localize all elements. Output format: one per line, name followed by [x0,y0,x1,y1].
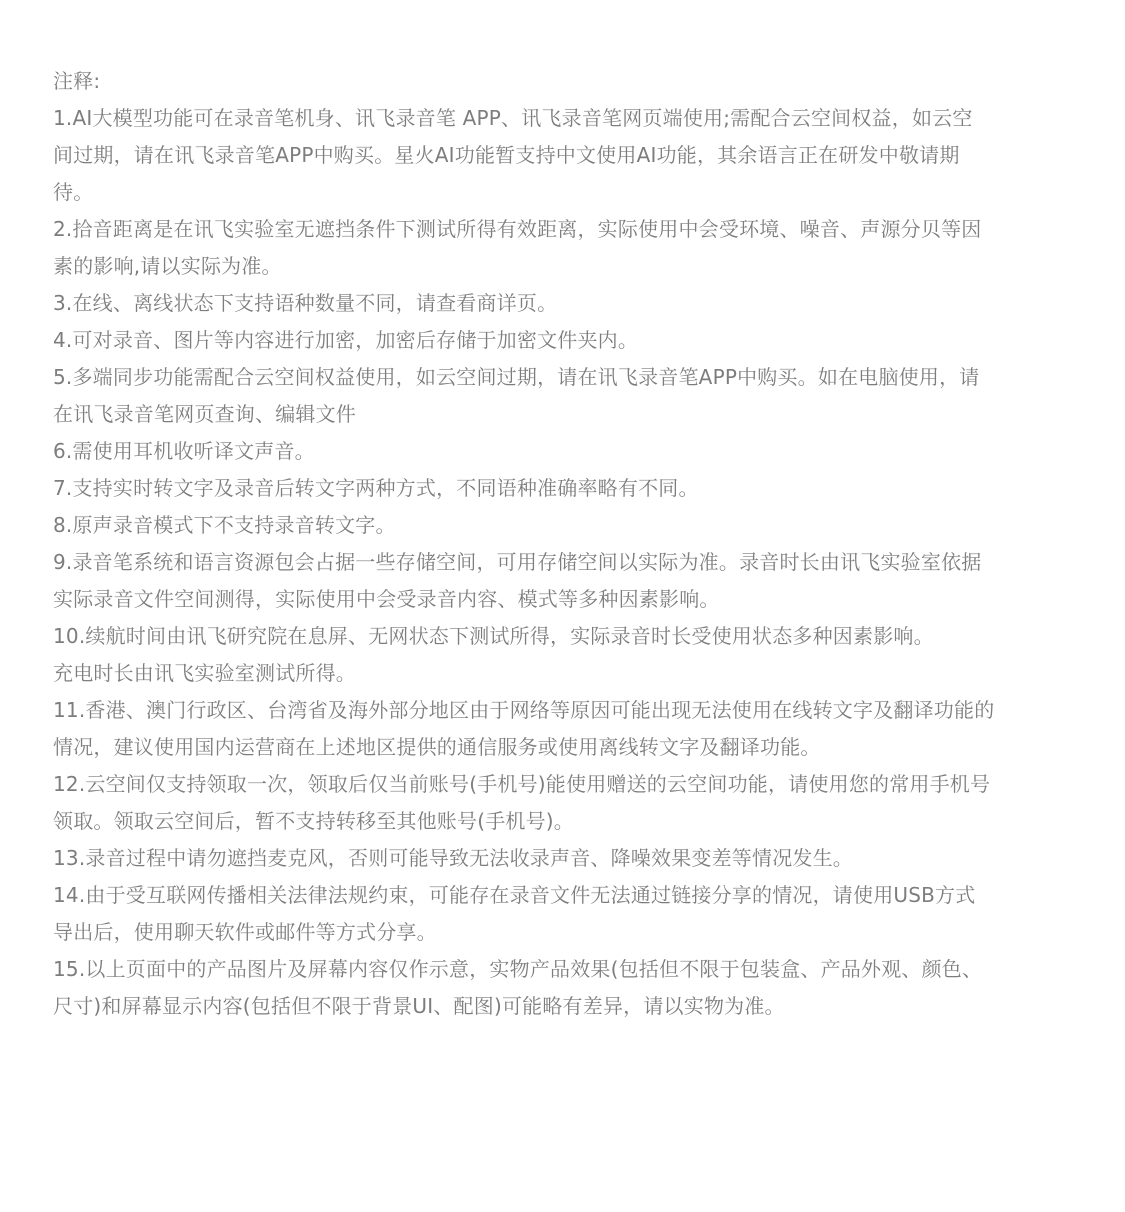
note-line: 6.需使用耳机收听译文声音。 [53,433,1073,470]
note-line: 领取。领取云空间后，暂不支持转移至其他账号(手机号)。 [53,803,1073,840]
note-line: 9.录音笔系统和语言资源包会占据一些存储空间，可用存储空间以实际为准。录音时长由… [53,544,1073,581]
note-item-4: 4.可对录音、图片等内容进行加密，加密后存储于加密文件夹内。 [53,322,1073,359]
note-line: 尺寸)和屏幕显示内容(包括但不限于背景UI、配图)可能略有差异，请以实物为准。 [53,988,1073,1025]
note-line: 5.多端同步功能需配合云空间权益使用，如云空间过期，请在讯飞录音笔APP中购买。… [53,359,1073,396]
note-line: 12.云空间仅支持领取一次，领取后仅当前账号(手机号)能使用赠送的云空间功能，请… [53,766,1073,803]
note-item-8: 8.原声录音模式下不支持录音转文字。 [53,507,1073,544]
note-item-3: 3.在线、离线状态下支持语种数量不同，请查看商详页。 [53,285,1073,322]
note-line: 11.香港、澳门行政区、台湾省及海外部分地区由于网络等原因可能出现无法使用在线转… [53,692,1073,729]
notes-title: 注释: [53,63,1073,100]
note-item-9: 9.录音笔系统和语言资源包会占据一些存储空间，可用存储空间以实际为准。录音时长由… [53,544,1073,618]
note-line: 15.以上页面中的产品图片及屏幕内容仅作示意，实物产品效果(包括但不限于包装盒、… [53,951,1073,988]
note-item-1: 1.AI大模型功能可在录音笔机身、讯飞录音笔 APP、讯飞录音笔网页端使用;需配… [53,100,1073,211]
note-line: 10.续航时间由讯飞研究院在息屏、无网状态下测试所得，实际录音时长受使用状态多种… [53,618,1073,655]
note-line: 7.支持实时转文字及录音后转文字两种方式，不同语种准确率略有不同。 [53,470,1073,507]
note-item-5: 5.多端同步功能需配合云空间权益使用，如云空间过期，请在讯飞录音笔APP中购买。… [53,359,1073,433]
note-line: 素的影响,请以实际为准。 [53,248,1073,285]
note-line: 1.AI大模型功能可在录音笔机身、讯飞录音笔 APP、讯飞录音笔网页端使用;需配… [53,100,1073,137]
note-line: 充电时长由讯飞实验室测试所得。 [53,655,1073,692]
note-line: 待。 [53,174,1073,211]
notes-section: 注释: 1.AI大模型功能可在录音笔机身、讯飞录音笔 APP、讯飞录音笔网页端使… [53,63,1073,1025]
note-line: 3.在线、离线状态下支持语种数量不同，请查看商详页。 [53,285,1073,322]
note-line: 4.可对录音、图片等内容进行加密，加密后存储于加密文件夹内。 [53,322,1073,359]
note-line: 14.由于受互联网传播相关法律法规约束，可能存在录音文件无法通过链接分享的情况，… [53,877,1073,914]
note-item-13: 13.录音过程中请勿遮挡麦克风，否则可能导致无法收录声音、降噪效果变差等情况发生… [53,840,1073,877]
note-item-11: 11.香港、澳门行政区、台湾省及海外部分地区由于网络等原因可能出现无法使用在线转… [53,692,1073,766]
note-item-7: 7.支持实时转文字及录音后转文字两种方式，不同语种准确率略有不同。 [53,470,1073,507]
note-item-15: 15.以上页面中的产品图片及屏幕内容仅作示意，实物产品效果(包括但不限于包装盒、… [53,951,1073,1025]
note-line: 间过期，请在讯飞录音笔APP中购买。星火AI功能暂支持中文使用AI功能，其余语言… [53,137,1073,174]
note-line: 13.录音过程中请勿遮挡麦克风，否则可能导致无法收录声音、降噪效果变差等情况发生… [53,840,1073,877]
note-item-10: 10.续航时间由讯飞研究院在息屏、无网状态下测试所得，实际录音时长受使用状态多种… [53,618,1073,692]
note-line: 实际录音文件空间测得，实际使用中会受录音内容、模式等多种因素影响。 [53,581,1073,618]
note-line: 2.拾音距离是在讯飞实验室无遮挡条件下测试所得有效距离，实际使用中会受环境、噪音… [53,211,1073,248]
note-item-14: 14.由于受互联网传播相关法律法规约束，可能存在录音文件无法通过链接分享的情况，… [53,877,1073,951]
note-item-2: 2.拾音距离是在讯飞实验室无遮挡条件下测试所得有效距离，实际使用中会受环境、噪音… [53,211,1073,285]
note-line: 情况，建议使用国内运营商在上述地区提供的通信服务或使用离线转文字及翻译功能。 [53,729,1073,766]
note-line: 导出后，使用聊天软件或邮件等方式分享。 [53,914,1073,951]
note-line: 8.原声录音模式下不支持录音转文字。 [53,507,1073,544]
note-item-12: 12.云空间仅支持领取一次，领取后仅当前账号(手机号)能使用赠送的云空间功能，请… [53,766,1073,840]
note-line: 在讯飞录音笔网页查询、编辑文件 [53,396,1073,433]
note-item-6: 6.需使用耳机收听译文声音。 [53,433,1073,470]
